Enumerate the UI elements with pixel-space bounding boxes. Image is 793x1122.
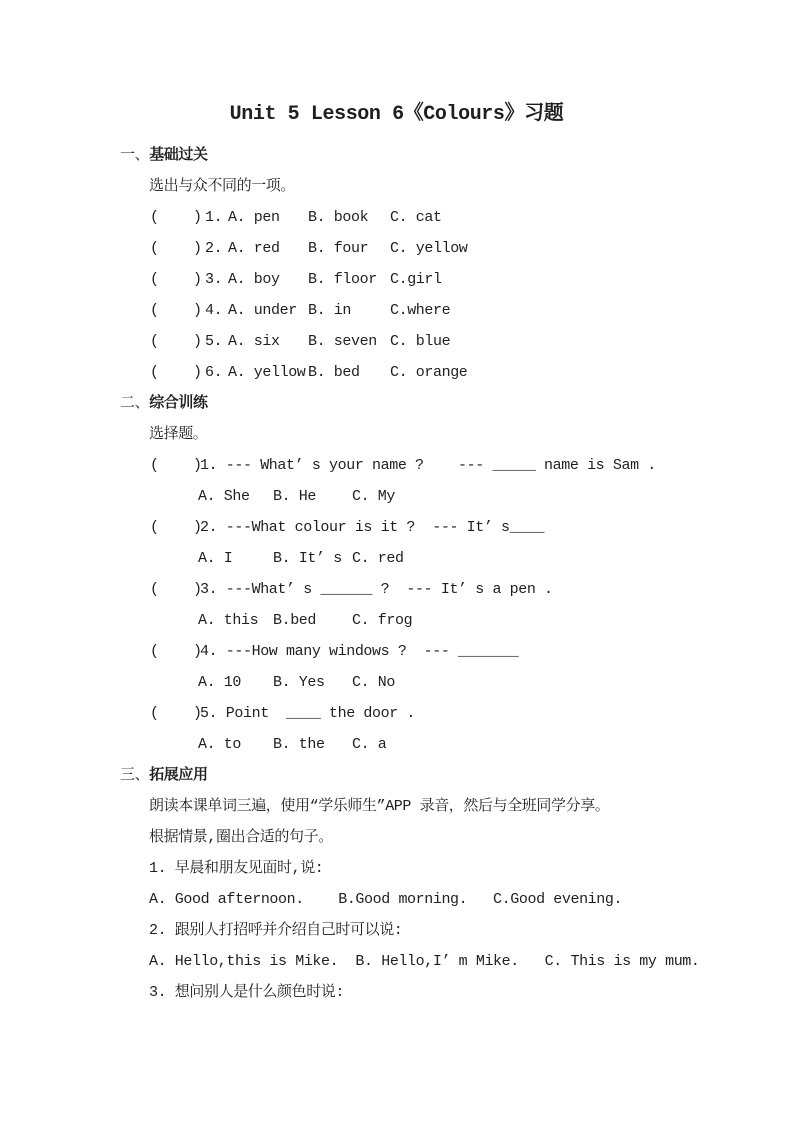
answer-bracket: ( ) [150,636,200,667]
question-number: 4. [205,295,228,326]
option-a: A. I [198,543,273,574]
option-b: B. He [273,481,352,512]
option-a: A. red [228,233,308,264]
section-3-number: 三、 [120,767,149,784]
option-b: B. in [308,295,390,326]
s3-question-2: 2. 跟别人打招呼并介绍自己时可以说: [149,915,793,946]
option-b: B. four [308,233,390,264]
answer-bracket: ( ) [150,357,205,388]
s1-question-row-1: ( )1.A. penB. bookC. cat [150,202,793,233]
question-text: 5. Point ____ the door . [200,698,415,729]
option-b: B. Yes [273,667,352,698]
question-text: 3. ---What’ s ______ ? --- It’ s a pen . [200,574,553,605]
section-1-heading: 一、基础过关 [120,140,793,171]
s2-question-row-5: ( )5. Point ____ the door . [150,698,793,729]
option-c: C. blue [390,326,450,357]
section-2-title: 综合训练 [149,395,207,412]
option-a: A. to [198,729,273,760]
option-c: C.where [390,295,450,326]
s2-question-row-2: ( )2. ---What colour is it ? --- It’ s__… [150,512,793,543]
section-3-heading: 三、拓展应用 [120,760,793,791]
answer-bracket: ( ) [150,326,205,357]
question-text: 2. ---What colour is it ? --- It’ s____ [200,512,544,543]
answer-bracket: ( ) [150,295,205,326]
option-c: C. yellow [390,233,467,264]
page-title: Unit 5 Lesson 6《Colours》习题 [0,101,793,129]
answer-bracket: ( ) [150,512,200,543]
s2-options-row-2: A. IB. It’ sC. red [198,543,793,574]
question-number: 3. [205,264,228,295]
s3-line-read-aloud: 朗读本课单词三遍，使用“学乐师生”APP 录音，然后与全班同学分享。 [149,791,793,822]
option-b: B. seven [308,326,390,357]
option-c: C. orange [390,357,467,388]
s3-line-instruction: 根据情景,圈出合适的句子。 [149,822,793,853]
s1-question-row-5: ( )5.A. sixB. sevenC. blue [150,326,793,357]
option-b: B. It’ s [273,543,352,574]
section-1-title: 基础过关 [149,147,207,164]
s3-options-1: A. Good afternoon. B.Good morning. C.Goo… [149,884,793,915]
s2-question-row-1: ( )1. --- What’ s your name ? --- _____ … [150,450,793,481]
option-b: B. bed [308,357,390,388]
section-2-instruction: 选择题。 [149,419,793,450]
worksheet-page: Unit 5 Lesson 6《Colours》习题 一、基础过关 选出与众不同… [0,0,793,1122]
s3-question-1: 1. 早晨和朋友见面时,说: [149,853,793,884]
answer-bracket: ( ) [150,450,200,481]
answer-bracket: ( ) [150,698,200,729]
question-text: 4. ---How many windows ? --- _______ [200,636,518,667]
s3-question-3: 3. 想问别人是什么颜色时说: [149,977,793,1008]
s1-question-row-3: ( )3.A. boyB. floorC.girl [150,264,793,295]
question-number: 5. [205,326,228,357]
worksheet-body: 一、基础过关 选出与众不同的一项。 ( )1.A. penB. bookC. c… [0,140,793,1008]
s3-options-2: A. Hello,this is Mike. B. Hello,I’ m Mik… [149,946,793,977]
question-text: 1. --- What’ s your name ? --- _____ nam… [200,450,656,481]
section-1-instruction: 选出与众不同的一项。 [149,171,793,202]
option-b: B.bed [273,605,352,636]
option-c: C. red [352,543,404,574]
s1-question-row-6: ( )6.A. yellowB. bedC. orange [150,357,793,388]
section-2-heading: 二、综合训练 [120,388,793,419]
s2-options-row-4: A. 10B. YesC. No [198,667,793,698]
option-c: C. cat [390,202,442,233]
option-a: A. She [198,481,273,512]
s2-question-row-3: ( )3. ---What’ s ______ ? --- It’ s a pe… [150,574,793,605]
answer-bracket: ( ) [150,233,205,264]
option-a: A. six [228,326,308,357]
section-3-title: 拓展应用 [149,767,207,784]
option-a: A. 10 [198,667,273,698]
option-a: A. boy [228,264,308,295]
question-number: 1. [205,202,228,233]
s2-options-row-1: A. SheB. HeC. My [198,481,793,512]
s1-question-row-2: ( )2.A. redB. fourC. yellow [150,233,793,264]
option-b: B. the [273,729,352,760]
option-a: A. pen [228,202,308,233]
section-1-number: 一、 [120,147,149,164]
option-b: B. book [308,202,390,233]
s2-options-row-3: A. thisB.bedC. frog [198,605,793,636]
answer-bracket: ( ) [150,574,200,605]
answer-bracket: ( ) [150,202,205,233]
option-c: C. My [352,481,395,512]
s1-question-row-4: ( )4.A. underB. inC.where [150,295,793,326]
option-c: C. frog [352,605,412,636]
option-a: A. this [198,605,273,636]
answer-bracket: ( ) [150,264,205,295]
option-c: C. a [352,729,386,760]
question-number: 2. [205,233,228,264]
section-2-number: 二、 [120,395,149,412]
option-b: B. floor [308,264,390,295]
question-number: 6. [205,357,228,388]
option-c: C.girl [390,264,442,295]
option-c: C. No [352,667,395,698]
option-a: A. yellow [228,357,308,388]
s2-options-row-5: A. toB. theC. a [198,729,793,760]
s2-question-row-4: ( )4. ---How many windows ? --- _______ [150,636,793,667]
option-a: A. under [228,295,308,326]
